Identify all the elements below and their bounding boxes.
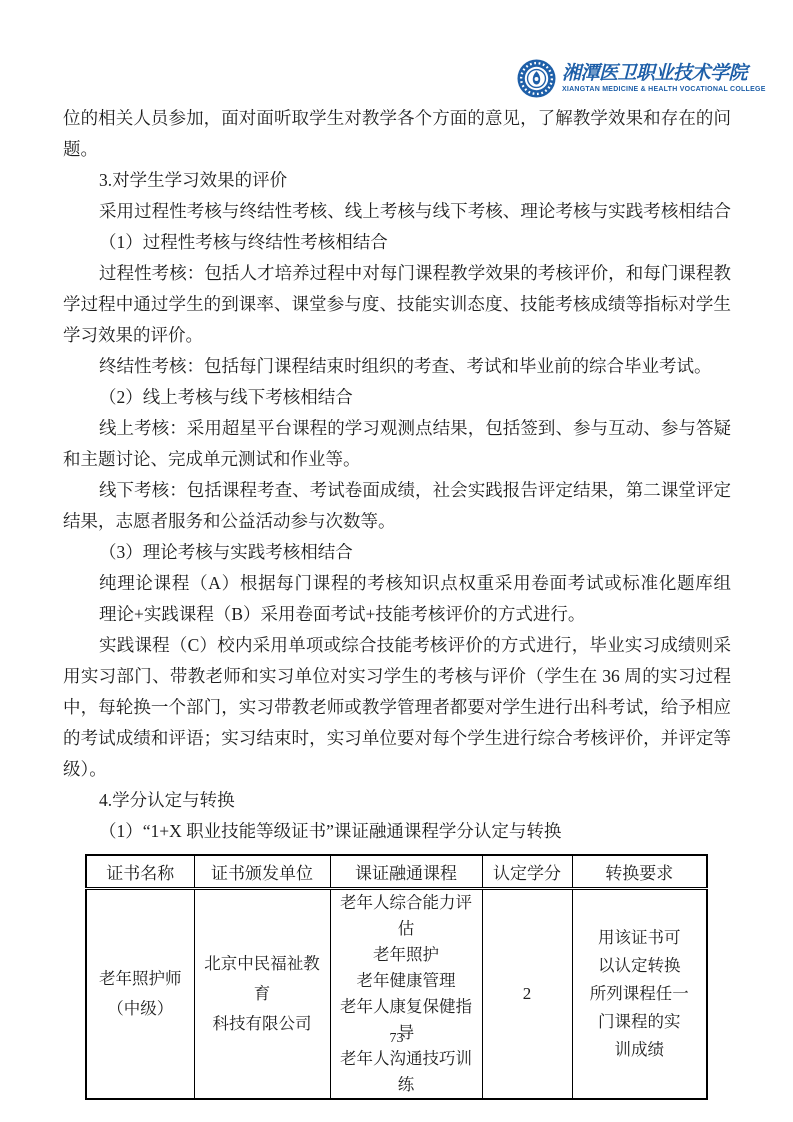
college-logo-text: 湘潭医卫职业技术学院 XIANGTAN MEDICINE & HEALTH VO… (562, 59, 766, 93)
body-line-subheading: （1）“1+X 职业技能等级证书”课证融通课程学分认定与转换 (63, 816, 731, 847)
col-header-cert-name: 证书名称 (86, 855, 194, 888)
page-number: 73 (0, 1031, 793, 1047)
college-logo: 湘潭医卫职业技术学院 XIANGTAN MEDICINE & HEALTH VO… (517, 59, 766, 98)
cell-line: 老年健康管理 (333, 968, 480, 994)
body-line: 纯理论课程（A）根据每门课程的考核知识点权重采用卷面考试或标准化题库组卷。 (63, 568, 731, 599)
body-line: 线下考核：包括课程考查、考试卷面成绩，社会实践报告评定结果，第二课堂评定 (63, 475, 731, 506)
cell-credits: 2 (482, 888, 572, 1099)
col-header-requirements: 转换要求 (572, 855, 707, 888)
document-body: 位的相关人员参加，面对面听取学生对教学各个方面的意见，了解教学效果和存在的问 题… (63, 103, 731, 847)
cell-line: 老年照护 (333, 942, 480, 968)
body-line: 线上考核：采用超星平台课程的学习观测点结果，包括签到、参与互动、参与答疑 (63, 413, 731, 444)
table-header-row: 证书名称 证书颁发单位 课证融通课程 认定学分 转换要求 (86, 855, 707, 888)
body-line: 级）。 (63, 754, 731, 785)
body-line: 学习效果的评价。 (63, 320, 731, 351)
cell-line: 老年照护师 (89, 964, 192, 994)
cell-line: 北京中民福祉教育 (197, 949, 328, 1009)
cell-line: 所列课程任一 (575, 980, 705, 1008)
document-page: 湘潭医卫职业技术学院 XIANGTAN MEDICINE & HEALTH VO… (0, 0, 793, 1122)
body-line: 的考试成绩和评语；实习结束时，实习单位要对每个学生进行综合考核评价，并评定等 (63, 723, 731, 754)
body-line: 题。 (63, 134, 731, 165)
col-header-courses: 课证融通课程 (330, 855, 482, 888)
col-header-issuer: 证书颁发单位 (194, 855, 330, 888)
body-line-subheading: （1）过程性考核与终结性考核相结合 (63, 227, 731, 258)
table-row: 老年照护师 （中级） 北京中民福祉教育 科技有限公司 老年人综合能力评估 老年照… (86, 888, 707, 1099)
body-line: 中，每轮换一个部门，实习带教老师或教学管理者都要对学生进行出科考试，给予相应 (63, 692, 731, 723)
col-header-credits: 认定学分 (482, 855, 572, 888)
body-line-subheading: （2）线上考核与线下考核相结合 (63, 382, 731, 413)
body-line-heading: 3.对学生学习效果的评价 (63, 165, 731, 196)
cell-line: 以认定转换 (575, 952, 705, 980)
cell-line: 用该证书可 (575, 924, 705, 952)
college-name-en: XIANGTAN MEDICINE & HEALTH VOCATIONAL CO… (562, 86, 766, 93)
body-line: 位的相关人员参加，面对面听取学生对教学各个方面的意见，了解教学效果和存在的问 (63, 103, 731, 134)
body-line-subheading: （3）理论考核与实践考核相结合 (63, 537, 731, 568)
cell-line: 老年人沟通技巧训练 (333, 1046, 480, 1098)
body-line: 和主题讨论、完成单元测试和作业等。 (63, 444, 731, 475)
cell-courses: 老年人综合能力评估 老年照护 老年健康管理 老年人康复保健指导 老年人沟通技巧训… (330, 888, 482, 1099)
body-line: 采用过程性考核与终结性考核、线上考核与线下考核、理论考核与实践考核相结合 (63, 196, 731, 227)
body-line: 学过程中通过学生的到课率、课堂参与度、技能实训态度、技能考核成绩等指标对学生 (63, 289, 731, 320)
body-line: 实践课程（C）校内采用单项或综合技能考核评价的方式进行，毕业实习成绩则采 (63, 630, 731, 661)
body-line: 终结性考核：包括每门课程结束时组织的考查、考试和毕业前的综合毕业考试。 (63, 351, 731, 382)
credit-conversion-table: 证书名称 证书颁发单位 课证融通课程 认定学分 转换要求 老年照护师 （中级） … (85, 854, 708, 1100)
cell-line: 老年人综合能力评估 (333, 890, 480, 942)
body-line: 结果，志愿者服务和公益活动参与次数等。 (63, 506, 731, 537)
cell-requirements: 用该证书可 以认定转换 所列课程任一 门课程的实 训成绩 (572, 888, 707, 1099)
body-line: 理论+实践课程（B）采用卷面考试+技能考核评价的方式进行。 (63, 599, 731, 630)
body-line-heading: 4.学分认定与转换 (63, 785, 731, 816)
body-line: 过程性考核：包括人才培养过程中对每门课程教学效果的考核评价，和每门课程教 (63, 258, 731, 289)
college-emblem-icon (517, 59, 556, 98)
cell-cert-name: 老年照护师 （中级） (86, 888, 194, 1099)
cell-line: （中级） (89, 994, 192, 1024)
college-name-zh: 湘潭医卫职业技术学院 (562, 63, 766, 85)
body-line: 用实习部门、带教老师和实习单位对实习学生的考核与评价（学生在 36 周的实习过程 (63, 661, 731, 692)
cell-issuer: 北京中民福祉教育 科技有限公司 (194, 888, 330, 1099)
